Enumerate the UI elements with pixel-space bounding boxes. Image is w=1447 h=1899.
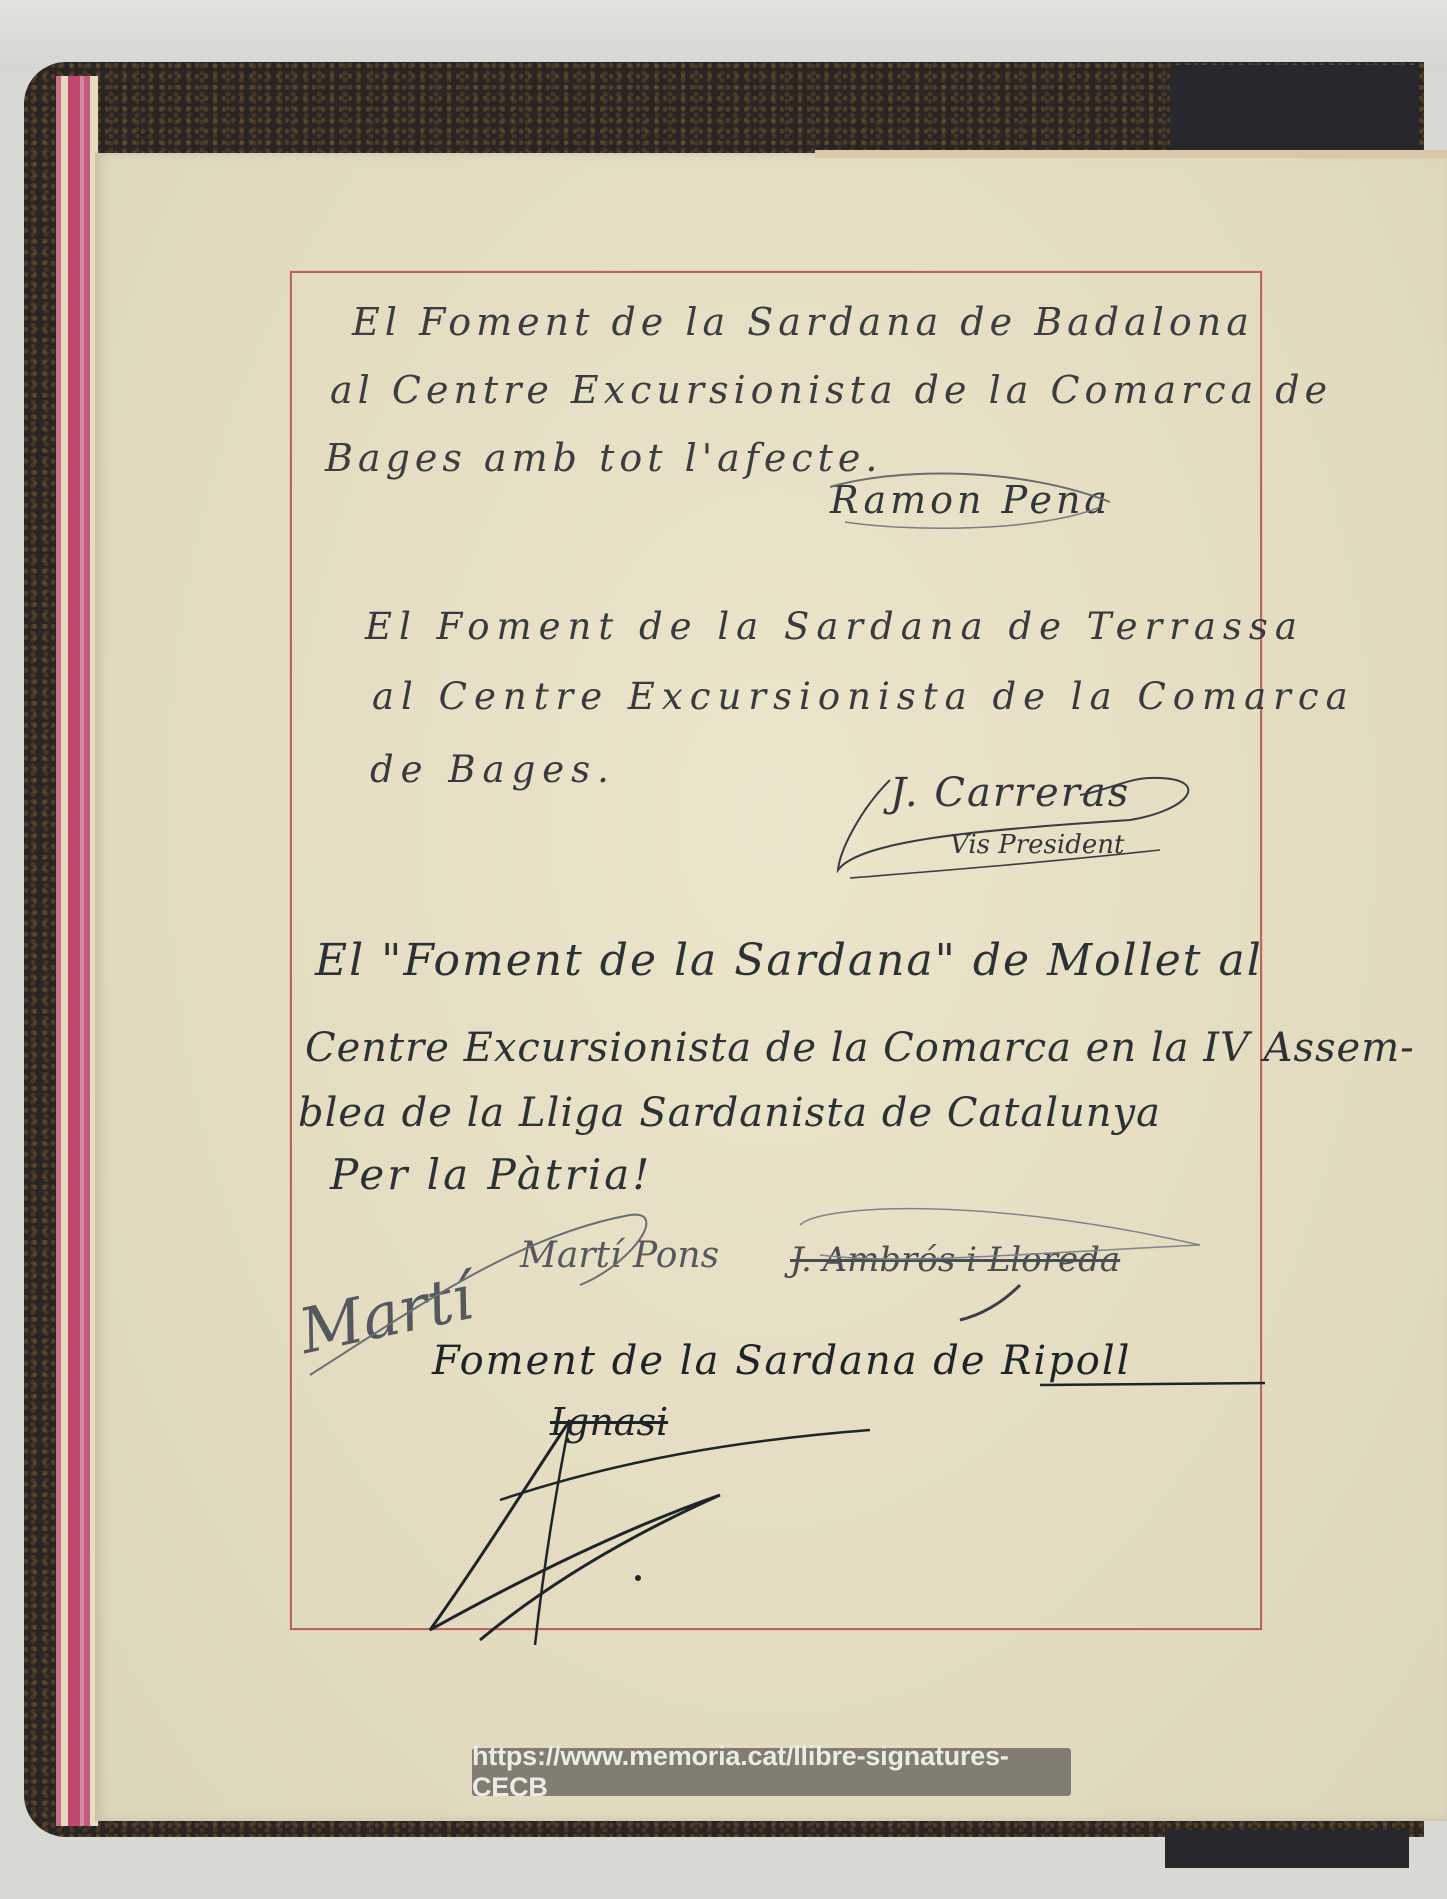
page-top-edge xyxy=(815,150,1447,158)
signature-flourish xyxy=(420,1400,920,1650)
page-edges xyxy=(56,76,98,1826)
watermark-text: https://www.memoria.cat/llibre-signature… xyxy=(472,1741,1071,1803)
entry-line: El "Foment de la Sardana" de Mollet al xyxy=(315,935,1263,986)
entry-line: al Centre Excursionista de la Comarca xyxy=(372,675,1355,718)
entry-line: al Centre Excursionista de la Comarca de xyxy=(330,368,1332,412)
entry-line: Bages amb tot l'afecte. xyxy=(325,436,883,480)
entry-line: blea de la Lliga Sardanista de Catalunya xyxy=(298,1090,1161,1136)
signature-title: Vis President xyxy=(950,830,1124,860)
background xyxy=(0,0,1447,70)
signature-flourish xyxy=(830,770,1210,880)
watermark-url: https://www.memoria.cat/llibre-signature… xyxy=(472,1748,1071,1796)
entry-line: Per la Pàtria! xyxy=(330,1150,652,1199)
entry-line: El Foment de la Sardana de Badalona xyxy=(352,300,1254,344)
entry-line: de Bages. xyxy=(370,748,616,791)
entry-line: Centre Excursionista de la Comarca en la… xyxy=(305,1025,1415,1071)
signature-flourish xyxy=(820,462,1120,532)
entry-line: Foment de la Sardana de Ripoll xyxy=(432,1338,1131,1384)
cover-corner-bottom xyxy=(1165,1830,1409,1868)
cover-corner-top xyxy=(1170,65,1418,155)
entry-line: El Foment de la Sardana de Terrassa xyxy=(365,605,1304,648)
underline-flourish xyxy=(1040,1375,1270,1395)
